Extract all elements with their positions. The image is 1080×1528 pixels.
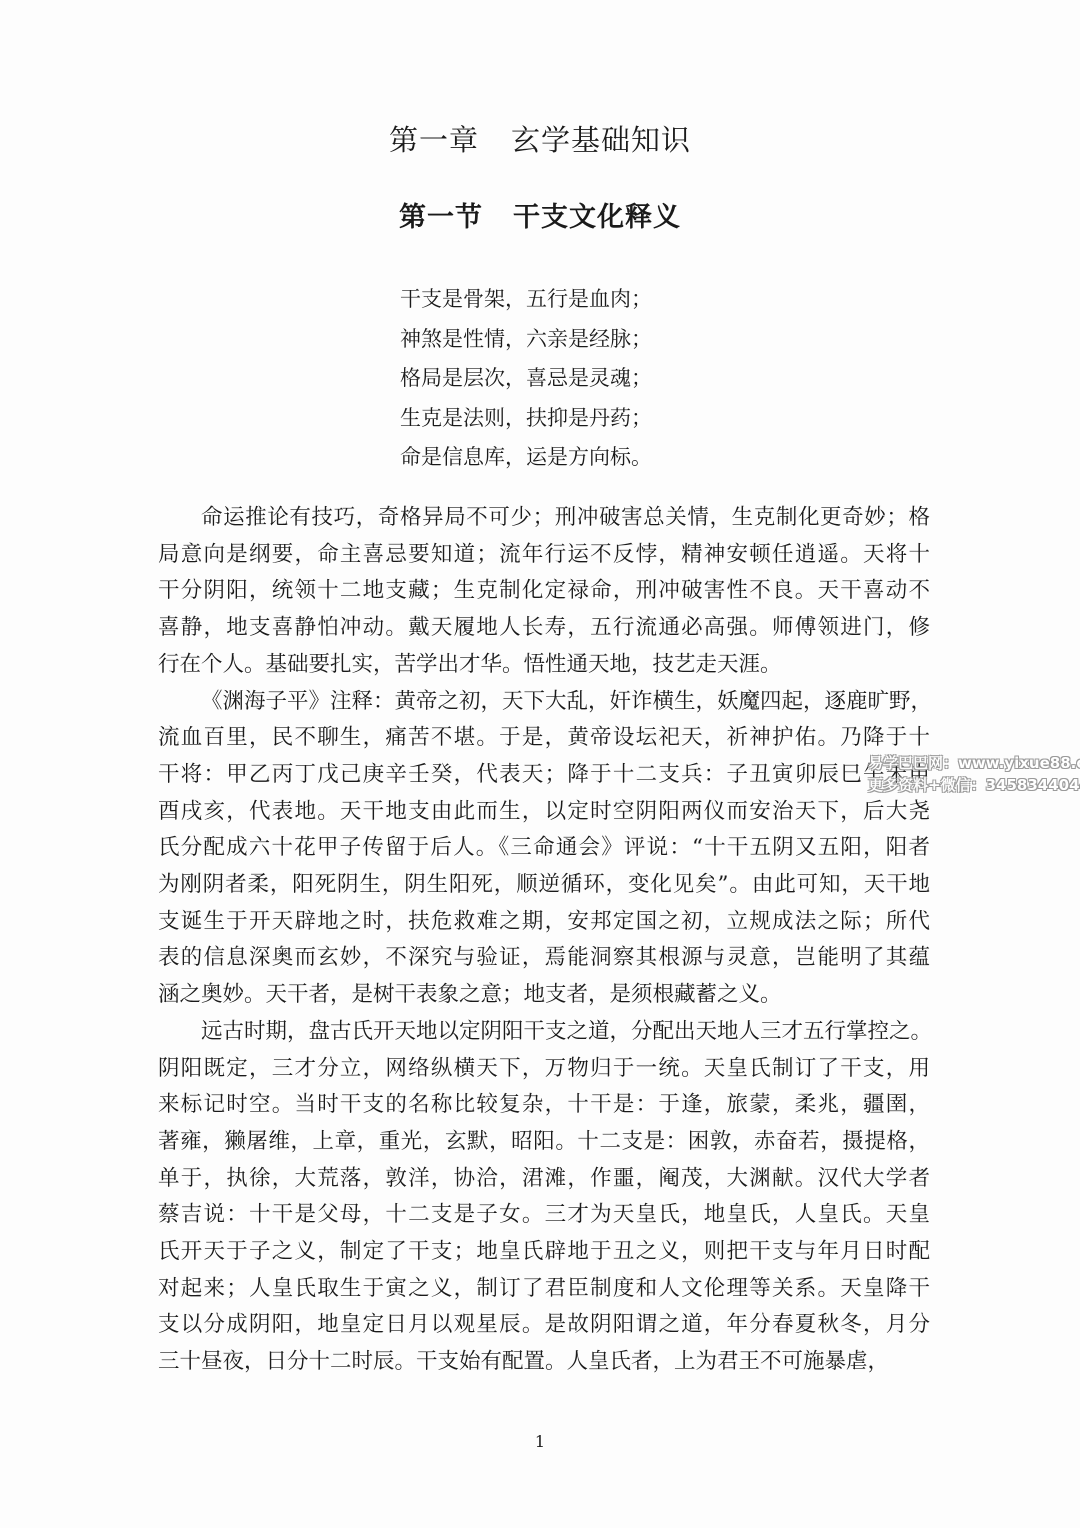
chapter-name: 玄学基础知识 [511, 123, 691, 157]
text-line: 酉戌亥，代表地。天干地支由此而生，以定时空阴阳两仪而安治天下，后大尧 [158, 794, 930, 831]
paragraph-2: 《渊海子平》注释：黄帝之初，天下大乱，奸诈横生，妖魔四起，逐鹿旷野， 流血百里，… [158, 684, 930, 1014]
text-line: 干分阴阳，统领十二地支藏；生克制化定禄命，刑冲破害性不良。天干喜动不 [158, 573, 930, 610]
text-line: 行在个人。基础要扎实，苦学出才华。悟性通天地，技艺走天涯。 [158, 647, 930, 684]
text-line: 氏分配成六十花甲子传留于后人。《三命通会》评说：“十干五阴又五阳，阳者 [158, 830, 930, 867]
text-line: 蔡吉说：十干是父母，十二支是子女。三才为天皇氏，地皇氏，人皇氏。天皇 [158, 1197, 930, 1234]
section-number: 第一节 [399, 202, 483, 233]
text-line: 远古时期，盘古氏开天地以定阴阳干支之道，分配出天地人三才五行掌控之。 [158, 1014, 930, 1051]
chapter-number: 第一章 [389, 123, 479, 157]
paragraph-3: 远古时期，盘古氏开天地以定阴阳干支之道，分配出天地人三才五行掌控之。 阴阳既定，… [158, 1014, 930, 1381]
text-line: 阴阳既定，三才分立，网络纵横天下，万物归于一统。天皇氏制订了干支，用 [158, 1051, 930, 1088]
text-line: 涵之奥妙。天干者，是树干表象之意；地支者，是须根藏蓄之义。 [158, 977, 930, 1014]
verse-line: 神煞是性情，六亲是经脉； [400, 320, 652, 360]
verse-block: 干支是骨架，五行是血肉； 神煞是性情，六亲是经脉； 格局是层次，喜忌是灵魂； 生… [400, 280, 652, 478]
text-line: 单于，执徐，大荒落，敦洋，协洽，涒滩，作噩，阉茂，大渊献。汉代大学者 [158, 1161, 930, 1198]
verse-line: 格局是层次，喜忌是灵魂； [400, 359, 652, 399]
body-text: 命运推论有技巧，奇格异局不可少；刑冲破害总关情，生克制化更奇妙；格 局意向是纲要… [158, 500, 930, 1381]
section-title: 第一节干支文化释义 [0, 195, 1080, 234]
verse-line: 生克是法则，扶抑是丹药； [400, 399, 652, 439]
verse-line: 命是信息库，运是方向标。 [400, 438, 652, 478]
text-line: 干将：甲乙丙丁戊己庚辛壬癸，代表天；降于十二支兵：子丑寅卯辰巳午未申 [158, 757, 930, 794]
text-line: 来标记时空。当时干支的名称比较复杂，十干是：于逢，旅蒙，柔兆，疆圉， [158, 1087, 930, 1124]
text-line: 著雍，獭屠维，上章，重光，玄默，昭阳。十二支是：困敦，赤奋若，摄提格， [158, 1124, 930, 1161]
text-line: 支诞生于开天辟地之时，扶危救难之期，安邦定国之初，立规成法之际；所代 [158, 904, 930, 941]
page-number: 1 [0, 1432, 1080, 1451]
text-line: 三十昼夜，日分十二时辰。干支始有配置。人皇氏者，上为君王不可施暴虐， [158, 1344, 930, 1381]
text-line: 支以分成阴阳，地皇定日月以观星辰。是故阴阳谓之道，年分春夏秋冬，月分 [158, 1307, 930, 1344]
text-line: 喜静，地支喜静怕冲动。戴天履地人长寿，五行流通必高强。师傅领进门，修 [158, 610, 930, 647]
text-line: 流血百里，民不聊生，痛苦不堪。于是，黄帝设坛祀天，祈神护佑。乃降于十 [158, 720, 930, 757]
text-line: 命运推论有技巧，奇格异局不可少；刑冲破害总关情，生克制化更奇妙；格 [158, 500, 930, 537]
document-page: 第一章玄学基础知识 第一节干支文化释义 干支是骨架，五行是血肉； 神煞是性情，六… [0, 0, 1080, 1528]
paragraph-1: 命运推论有技巧，奇格异局不可少；刑冲破害总关情，生克制化更奇妙；格 局意向是纲要… [158, 500, 930, 684]
chapter-title: 第一章玄学基础知识 [0, 118, 1080, 159]
text-line: 氏开天于子之义，制定了干支；地皇氏辟地于丑之义，则把干支与年月日时配 [158, 1234, 930, 1271]
watermark: 易学巴巴网：www.yixue88.cn 更多资料+微信：3458344044 [868, 752, 1080, 796]
text-line: 为刚阴者柔，阳死阴生，阴生阳死，顺逆循环，变化见矣”。由此可知，天干地 [158, 867, 930, 904]
text-line: 表的信息深奥而玄妙，不深究与验证，焉能洞察其根源与灵意，岂能明了其蕴 [158, 940, 930, 977]
watermark-contact: 更多资料+微信：3458344044 [868, 774, 1080, 796]
watermark-site: 易学巴巴网：www.yixue88.cn [868, 752, 1080, 774]
text-line: 《渊海子平》注释：黄帝之初，天下大乱，奸诈横生，妖魔四起，逐鹿旷野， [158, 684, 930, 721]
section-name: 干支文化释义 [513, 202, 681, 233]
text-line: 局意向是纲要，命主喜忌要知道；流年行运不反悖，精神安顿任逍遥。天将十 [158, 537, 930, 574]
verse-line: 干支是骨架，五行是血肉； [400, 280, 652, 320]
text-line: 对起来；人皇氏取生于寅之义，制订了君臣制度和人文伦理等关系。天皇降干 [158, 1271, 930, 1308]
